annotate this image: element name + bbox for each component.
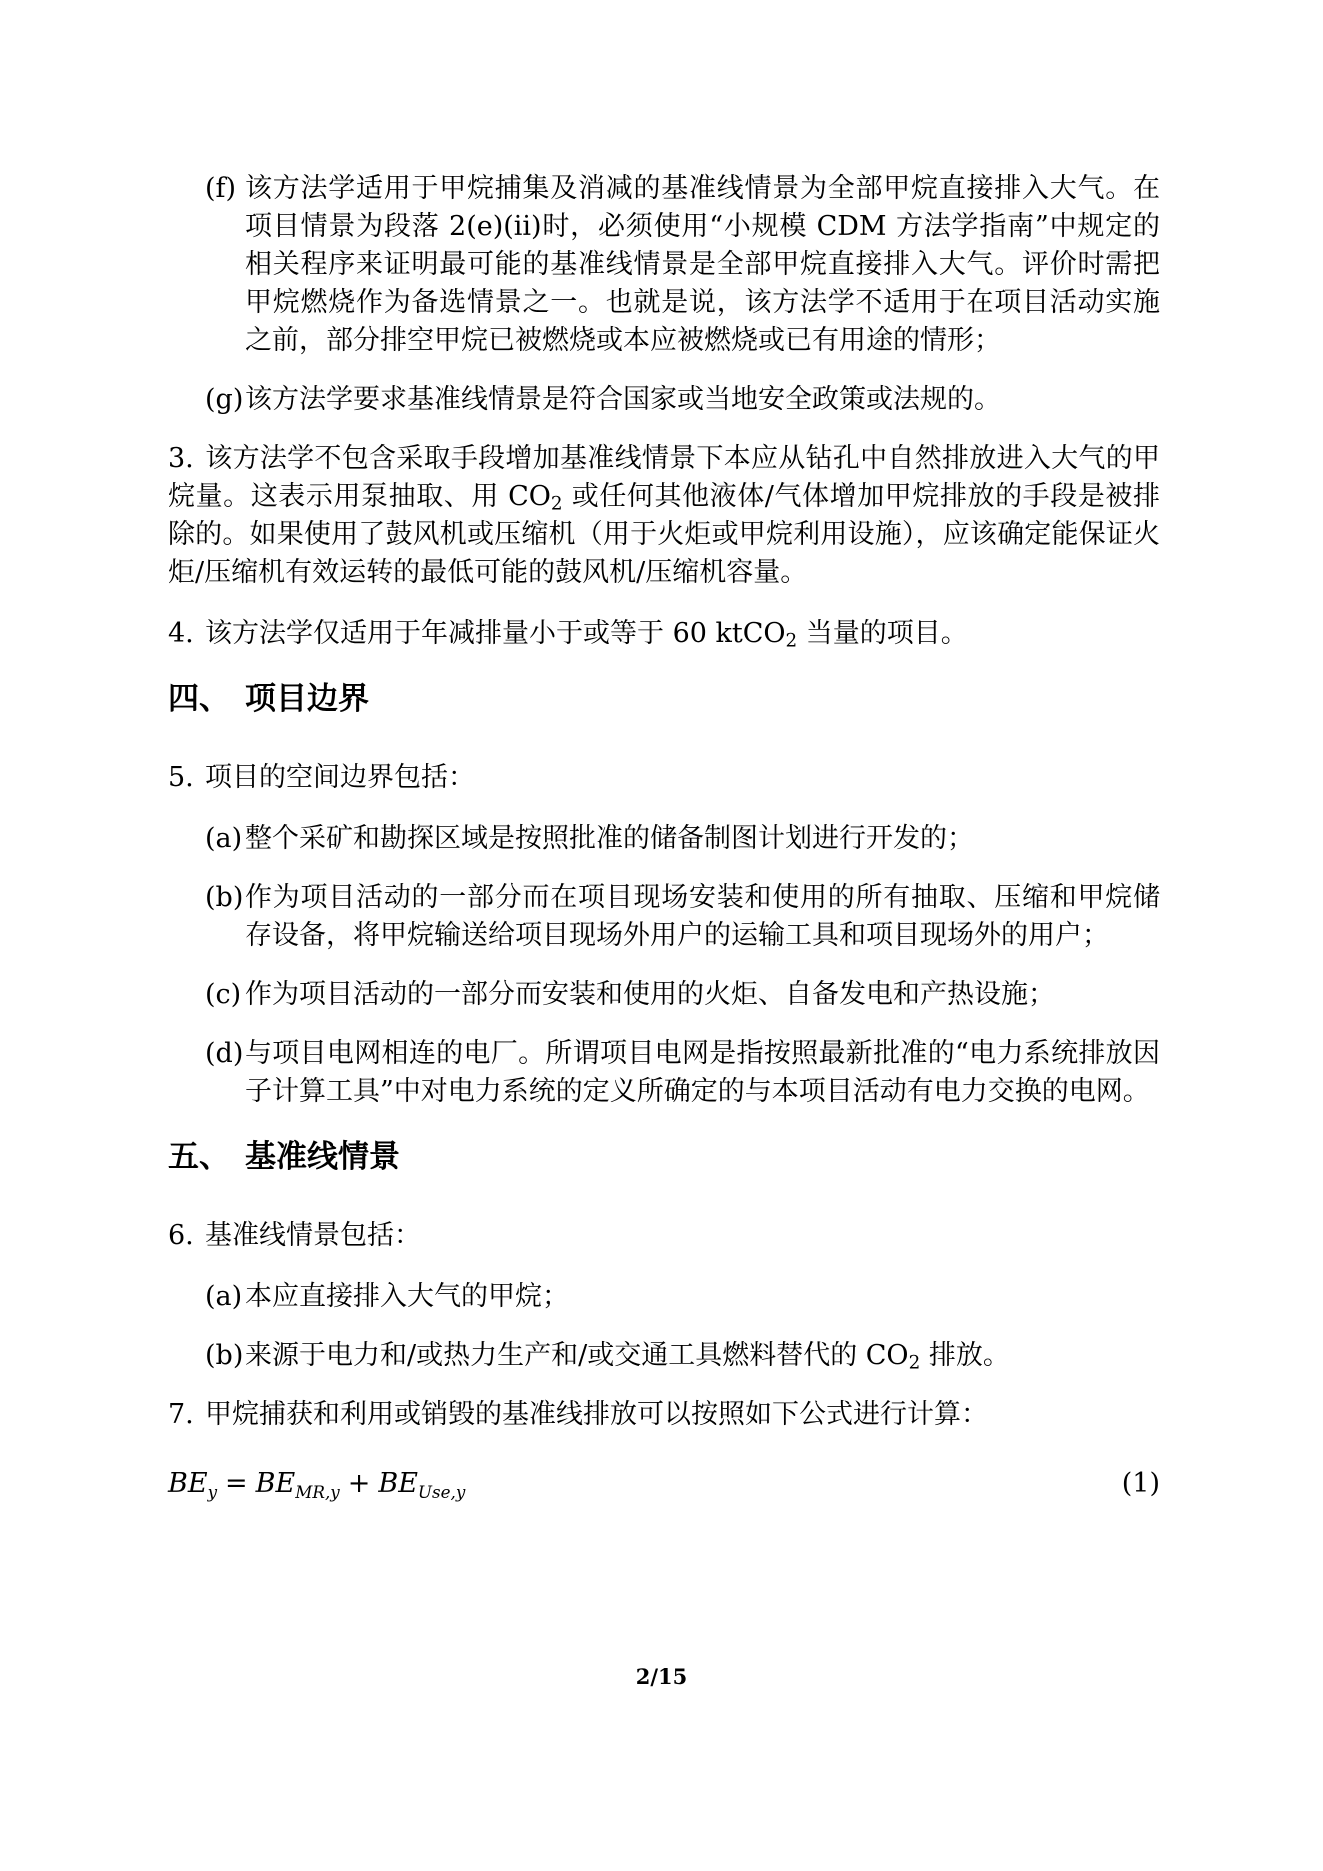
- heading-number: 四、: [168, 679, 245, 719]
- item-label: (g): [205, 381, 245, 419]
- list-item-g: (g) 该方法学要求基准线情景是符合国家或当地安全政策或法规的。: [205, 381, 1160, 419]
- subscript: 2: [909, 1353, 921, 1374]
- plus-sign: +: [340, 1468, 379, 1499]
- paragraph-text: 基准线情景包括：: [205, 1220, 421, 1251]
- item-text: 来源于电力和/或热力生产和/或交通工具燃料替代的 CO2 排放。: [245, 1337, 1160, 1375]
- equals-sign: =: [217, 1468, 256, 1499]
- paragraph-7: 7.甲烷捕获和利用或销毁的基准线排放可以按照如下公式进行计算：: [168, 1396, 1160, 1434]
- list-item-5c: (c) 作为项目活动的一部分而安装和使用的火炬、自备发电和产热设施；: [205, 976, 1160, 1014]
- heading-number: 五、: [168, 1137, 245, 1177]
- list-item-f: (f) 该方法学适用于甲烷捕集及消减的基准线情景为全部甲烷直接排入大气。在项目情…: [205, 170, 1160, 360]
- paragraph-text: 甲烷捕获和利用或销毁的基准线排放可以按照如下公式进行计算：: [205, 1399, 988, 1430]
- paragraph-6: 6.基准线情景包括：: [168, 1217, 1160, 1255]
- equation-1: BEy=BEMR,y+BEUse,y (1): [168, 1464, 1160, 1504]
- paragraph-number: 7.: [168, 1396, 205, 1434]
- item-label: (d): [205, 1035, 245, 1111]
- item-text: 该方法学适用于甲烷捕集及消减的基准线情景为全部甲烷直接排入大气。在项目情景为段落…: [245, 170, 1160, 360]
- subscript: 2: [786, 631, 798, 652]
- formula-subscript: Use,y: [418, 1482, 465, 1502]
- item-label: (b): [205, 879, 245, 955]
- paragraph-number: 6.: [168, 1217, 205, 1255]
- formula-subscript: y: [208, 1482, 217, 1502]
- heading-title: 基准线情景: [245, 1139, 400, 1175]
- item-text: 作为项目活动的一部分而安装和使用的火炬、自备发电和产热设施；: [245, 976, 1160, 1014]
- formula-term: BE: [168, 1468, 208, 1499]
- item-text: 整个采矿和勘探区域是按照批准的储备制图计划进行开发的；: [245, 820, 1160, 858]
- item-label: (b): [205, 1337, 245, 1375]
- item-text: 本应直接排入大气的甲烷；: [245, 1278, 1160, 1316]
- list-item-5d: (d) 与项目电网相连的电厂。所谓项目电网是指按照最新批准的“电力系统排放因子计…: [205, 1035, 1160, 1111]
- item-text: 该方法学要求基准线情景是符合国家或当地安全政策或法规的。: [245, 381, 1160, 419]
- formula-term: BE: [378, 1468, 418, 1499]
- page-number: 2/15: [0, 1664, 1323, 1689]
- item-label: (a): [205, 820, 245, 858]
- paragraph-number: 5.: [168, 759, 205, 797]
- heading-title: 项目边界: [245, 681, 369, 717]
- item-label: (c): [205, 976, 245, 1014]
- item-label: (a): [205, 1278, 245, 1316]
- item-label: (f): [205, 170, 245, 360]
- paragraph-4: 4.该方法学仅适用于年减排量小于或等于 60 ktCO2 当量的项目。: [168, 615, 1160, 653]
- paragraph-number: 4.: [168, 615, 205, 653]
- formula-term: BE: [256, 1468, 296, 1499]
- section-heading-4: 四、项目边界: [168, 679, 1160, 719]
- equation-number: (1): [1122, 1464, 1160, 1504]
- list-item-5a: (a) 整个采矿和勘探区域是按照批准的储备制图计划进行开发的；: [205, 820, 1160, 858]
- paragraph-text: 该方法学仅适用于年减排量小于或等于 60 ktCO: [205, 618, 786, 649]
- subscript: 2: [551, 494, 563, 515]
- page-content: (f) 该方法学适用于甲烷捕集及消减的基准线情景为全部甲烷直接排入大气。在项目情…: [168, 170, 1160, 1504]
- item-text: 作为项目活动的一部分而在项目现场安装和使用的所有抽取、压缩和甲烷储存设备，将甲烷…: [245, 879, 1160, 955]
- paragraph-5: 5.项目的空间边界包括：: [168, 759, 1160, 797]
- list-item-5b: (b) 作为项目活动的一部分而在项目现场安装和使用的所有抽取、压缩和甲烷储存设备…: [205, 879, 1160, 955]
- document-page: (f) 该方法学适用于甲烷捕集及消减的基准线情景为全部甲烷直接排入大气。在项目情…: [0, 0, 1323, 1871]
- equation-expression: BEy=BEMR,y+BEUse,y: [168, 1464, 465, 1504]
- formula-subscript: MR,y: [295, 1482, 340, 1502]
- list-item-6a: (a) 本应直接排入大气的甲烷；: [205, 1278, 1160, 1316]
- item-text-segment: 排放。: [920, 1340, 1010, 1371]
- item-text-segment: 来源于电力和/或热力生产和/或交通工具燃料替代的 CO: [245, 1340, 909, 1371]
- list-item-6b: (b) 来源于电力和/或热力生产和/或交通工具燃料替代的 CO2 排放。: [205, 1337, 1160, 1375]
- item-text: 与项目电网相连的电厂。所谓项目电网是指按照最新批准的“电力系统排放因子计算工具”…: [245, 1035, 1160, 1111]
- paragraph-text: 当量的项目。: [797, 618, 968, 649]
- paragraph-number: 3.: [168, 440, 205, 478]
- paragraph-3: 3.该方法学不包含采取手段增加基准线情景下本应从钻孔中自然排放进入大气的甲烷量。…: [168, 440, 1160, 592]
- section-heading-5: 五、基准线情景: [168, 1137, 1160, 1177]
- paragraph-text: 项目的空间边界包括：: [205, 762, 475, 793]
